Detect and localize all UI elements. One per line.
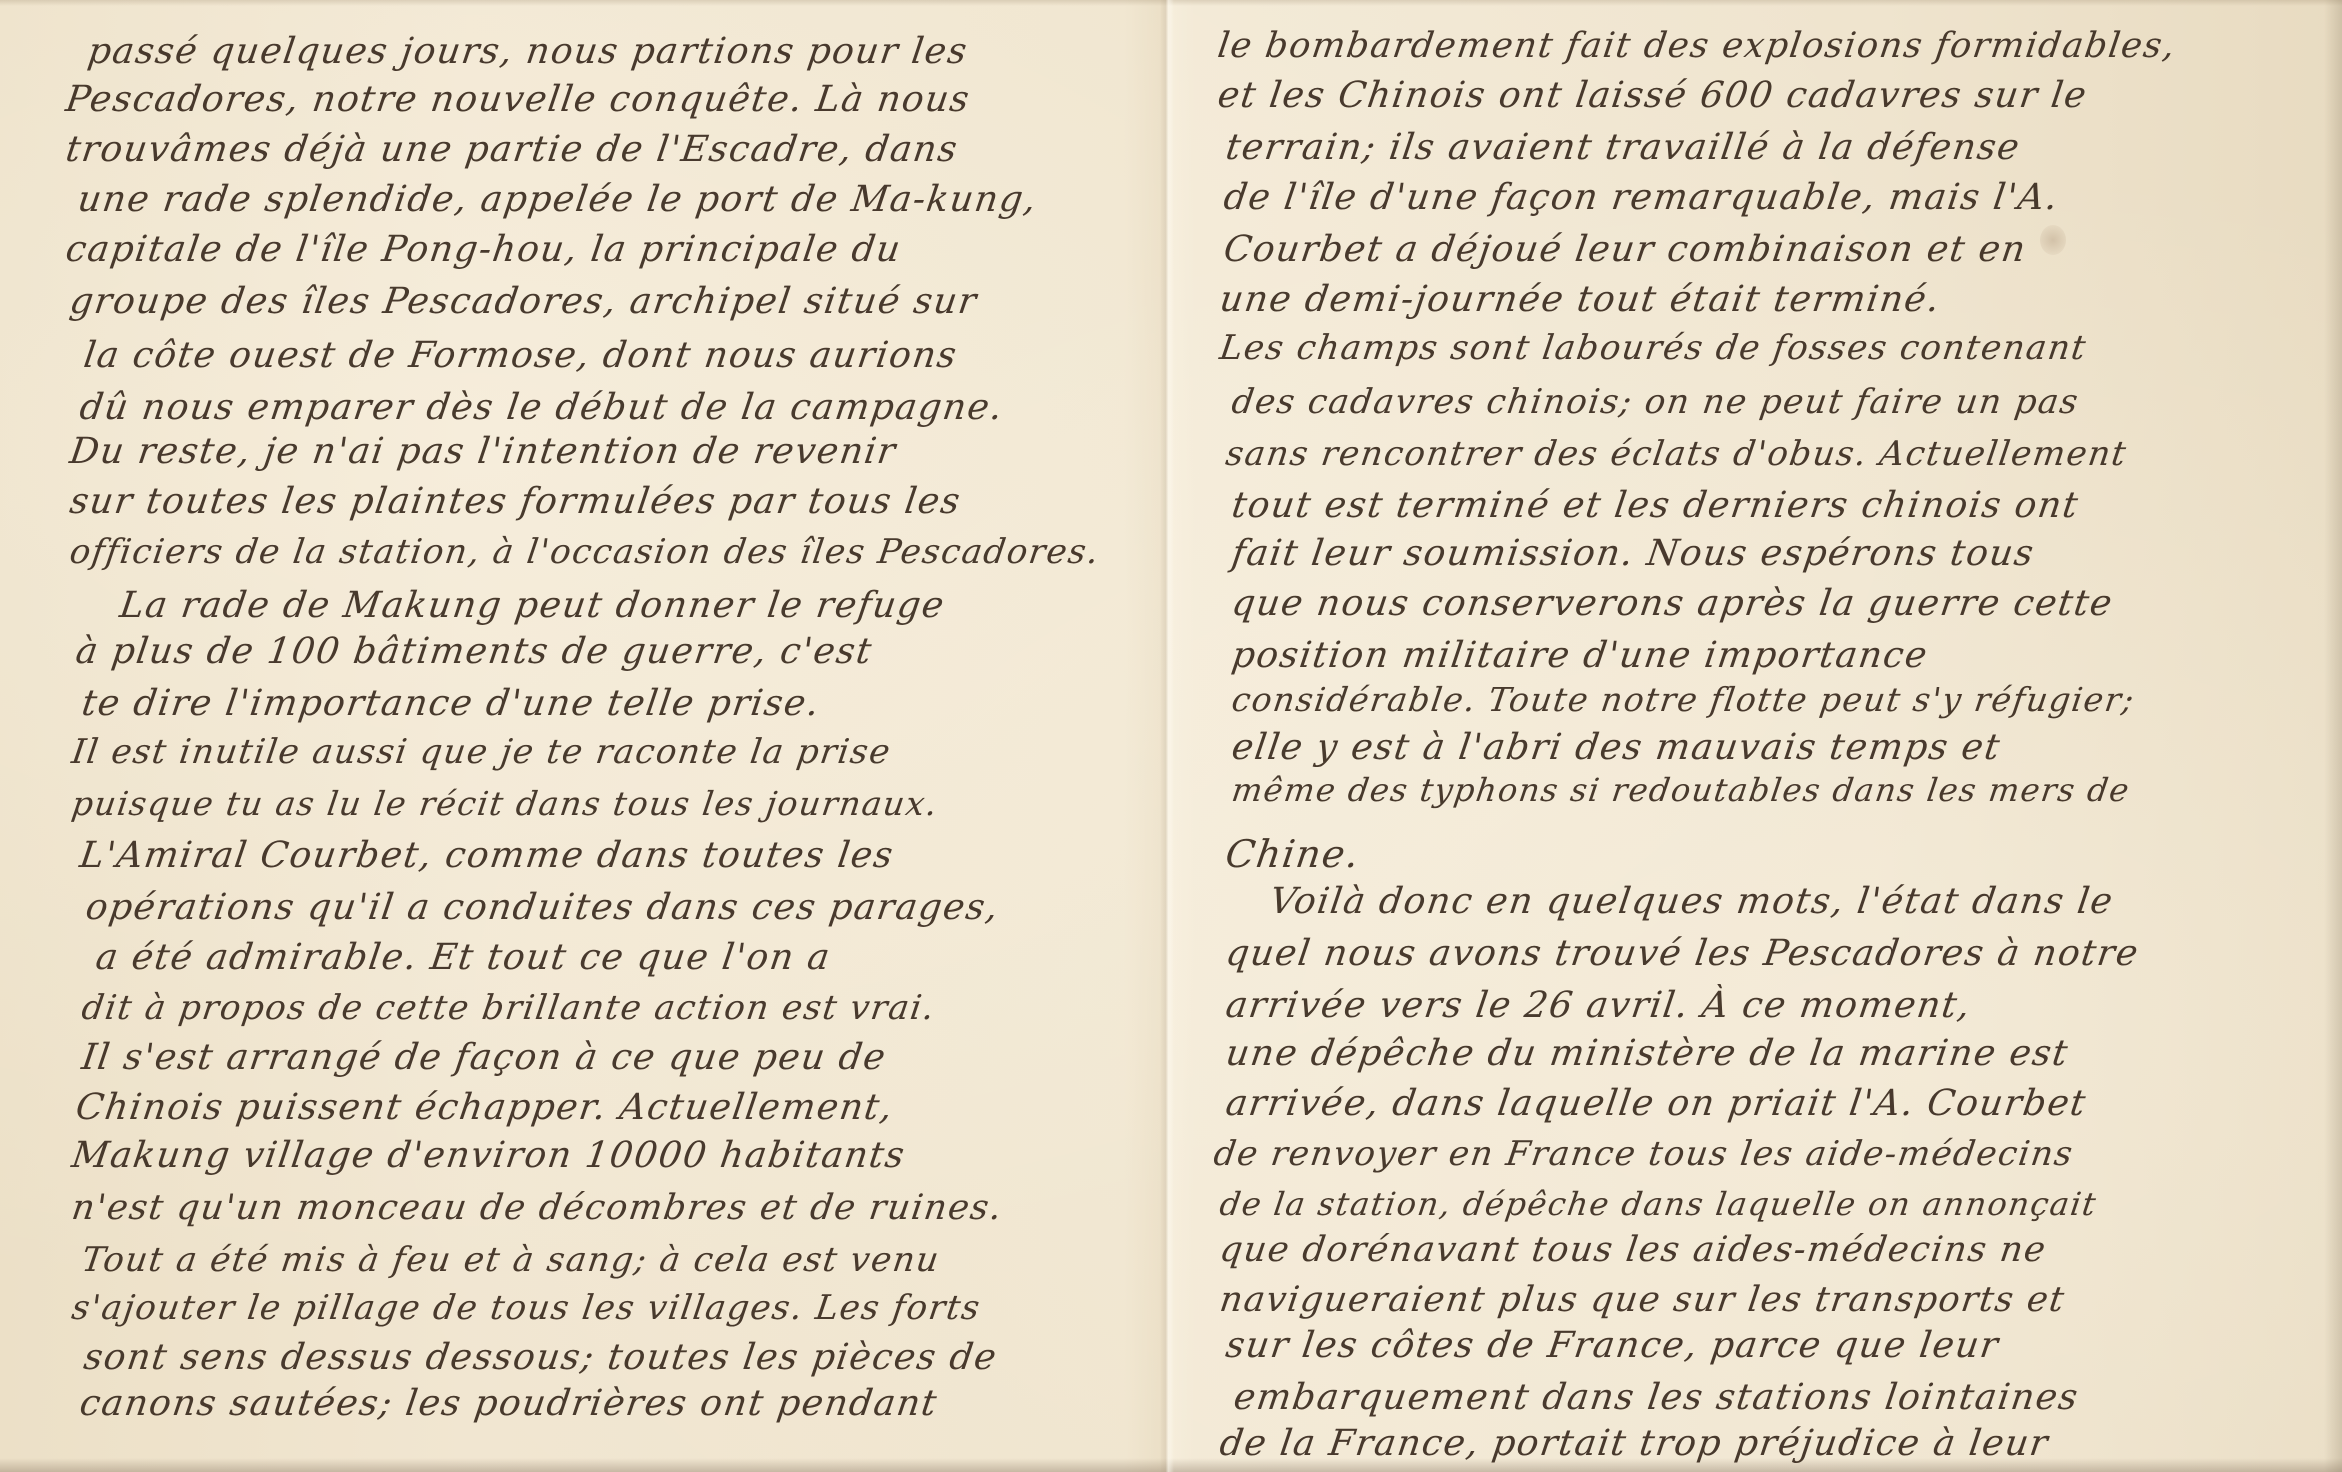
handwritten-line: Makung village d'environ 10000 habitants (69, 1132, 909, 1180)
handwritten-line: quel nous avons trouvé les Pescadores à … (1223, 930, 2143, 978)
handwritten-line: elle y est à l'abri des mauvais temps et (1229, 724, 2004, 772)
handwritten-line: puisque tu as lu le récit dans tous les … (69, 780, 942, 828)
handwritten-line: La rade de Makung peut donner le refuge (117, 582, 948, 630)
handwritten-line: dit à propos de cette brillante action e… (79, 984, 939, 1032)
handwritten-line: Pescadores, notre nouvelle conquête. Là … (63, 76, 974, 124)
handwritten-line: que dorénavant tous les aides-médecins n… (1217, 1226, 2050, 1274)
handwritten-line: n'est qu'un monceau de décombres et de r… (69, 1184, 1006, 1232)
center-fold (1160, 0, 1174, 1472)
handwritten-line: Courbet a déjoué leur combinaison et en (1221, 226, 2030, 274)
handwritten-line: une demi-journée tout était terminé. (1217, 276, 1944, 324)
handwritten-line: tout est terminé et les derniers chinois… (1229, 482, 2082, 530)
handwritten-line: L'Amiral Courbet, comme dans toutes les (77, 832, 897, 880)
handwritten-line: dû nous emparer dès le début de la campa… (77, 384, 1007, 432)
handwritten-line: de renvoyer en France tous les aide-méde… (1211, 1130, 2077, 1178)
handwritten-line: position militaire d'une importance (1229, 632, 1932, 680)
paper-right-edge (2324, 0, 2342, 1472)
ink-stain (2040, 225, 2066, 255)
handwritten-line: sans rencontrer des éclats d'obus. Actue… (1223, 430, 2131, 478)
handwritten-line: Chinois puissent échapper. Actuellement, (73, 1084, 897, 1132)
handwritten-line: sur les côtes de France, parce que leur (1223, 1322, 2003, 1370)
handwritten-line: de la France, portait trop préjudice à l… (1217, 1420, 2052, 1468)
handwritten-line: une dépêche du ministère de la marine es… (1223, 1030, 2072, 1078)
handwritten-line: arrivée vers le 26 avril. À ce moment, (1223, 982, 1974, 1030)
handwritten-line: même des typhons si redoutables dans les… (1229, 766, 2134, 814)
handwritten-line: trouvâmes déjà une partie de l'Escadre, … (63, 126, 962, 174)
handwritten-line: la côte ouest de Formose, dont nous auri… (81, 332, 961, 380)
handwritten-line: des cadavres chinois; on ne peut faire u… (1229, 378, 2083, 426)
handwritten-line: arrivée, dans laquelle on priait l'A. Co… (1223, 1080, 2090, 1128)
handwritten-line: de l'île d'une façon remarquable, mais l… (1221, 174, 2062, 222)
handwritten-line: groupe des îles Pescadores, archipel sit… (67, 278, 981, 326)
handwritten-line: capitale de l'île Pong-hou, la principal… (63, 226, 905, 274)
handwritten-line: Chine. (1223, 830, 1363, 878)
handwritten-line: à plus de 100 bâtiments de guerre, c'est (73, 628, 876, 676)
handwritten-line: s'ajouter le pillage de tous les village… (69, 1284, 984, 1332)
handwritten-line: Du reste, je n'ai pas l'intention de rev… (67, 428, 900, 476)
handwritten-line: opérations qu'il a conduites dans ces pa… (83, 884, 1003, 932)
handwritten-line: terrain; ils avaient travaillé à la défe… (1223, 124, 2024, 172)
handwritten-line: fait leur soumission. Nous espérons tous (1229, 530, 2038, 578)
handwritten-line: embarquement dans les stations lointaine… (1231, 1374, 2082, 1422)
handwritten-line: Les champs sont labourés de fosses conte… (1217, 324, 2090, 372)
handwritten-line: considérable. Toute notre flotte peut s'… (1229, 676, 2139, 724)
handwritten-line: Tout a été mis à feu et à sang; à cela e… (79, 1236, 943, 1284)
handwritten-line: te dire l'importance d'une telle prise. (79, 680, 824, 728)
handwritten-line: le bombardement fait des explosions form… (1215, 22, 2179, 70)
handwritten-line: de la station, dépêche dans laquelle on … (1217, 1180, 2100, 1228)
handwritten-line: Il est inutile aussi que je te raconte l… (69, 728, 895, 776)
handwritten-line: canons sautées; les poudrières ont penda… (77, 1380, 941, 1428)
handwritten-line: navigueraient plus que sur les transport… (1217, 1276, 2069, 1324)
handwritten-line: officiers de la station, à l'occasion de… (67, 528, 1103, 576)
letter-sheet: passé quelques jours, nous partions pour… (0, 0, 2342, 1472)
handwritten-line: sur toutes les plaintes formulées par to… (67, 478, 964, 526)
handwritten-line: et les Chinois ont laissé 600 cadavres s… (1215, 72, 2091, 120)
handwritten-line: une rade splendide, appelée le port de M… (75, 176, 1041, 224)
handwritten-line: que nous conserverons après la guerre ce… (1229, 580, 2117, 628)
handwritten-line: passé quelques jours, nous partions pour… (85, 28, 971, 76)
handwritten-line: Il s'est arrangé de façon à ce que peu d… (79, 1034, 890, 1082)
handwritten-line: sont sens dessus dessous; toutes les piè… (81, 1334, 1001, 1382)
handwritten-line: a été admirable. Et tout ce que l'on a (93, 934, 834, 982)
handwritten-line: Voilà donc en quelques mots, l'état dans… (1267, 878, 2117, 926)
